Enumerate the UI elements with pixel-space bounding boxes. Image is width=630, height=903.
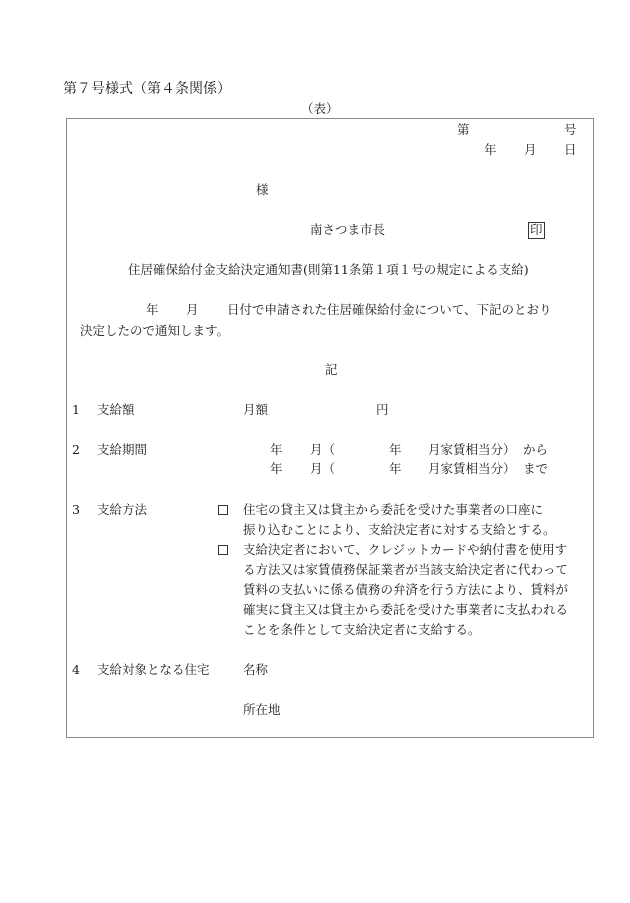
option-2-line-2: る方法又は家賃債務保証業者が当該支給決定者に代わって	[243, 564, 568, 577]
form-number-title: 第７号様式（第４条関係）	[63, 82, 231, 96]
option-1-checkbox[interactable]	[218, 505, 228, 518]
seal-mark: 印	[528, 222, 545, 239]
period-from-year2: 年	[389, 444, 402, 457]
option-2-checkbox[interactable]	[218, 545, 228, 558]
item-4-number: 4	[72, 664, 80, 677]
issuer-name: 南さつま市長	[310, 224, 385, 237]
monthly-amount-label: 月額	[243, 404, 268, 417]
item-3-number: 3	[72, 504, 80, 517]
item-3-label: 支給方法	[97, 504, 147, 517]
body-month-label: 月	[186, 304, 199, 317]
checkbox-icon	[218, 505, 228, 515]
checkbox-icon	[218, 545, 228, 555]
period-to-year2: 年	[389, 463, 402, 476]
item-1-number: 1	[72, 404, 80, 417]
period-to-year: 年	[270, 463, 283, 476]
notice-form-frame	[66, 118, 594, 738]
body-year-label: 年	[146, 304, 159, 317]
option-2-line-1: 支給決定者において、クレジットカードや納付書を使用す	[243, 544, 567, 557]
currency-yen-label: 円	[376, 404, 389, 417]
body-line-2: 決定したので通知します。	[80, 325, 229, 338]
option-1-line-1: 住宅の貸主又は貸主から委託を受けた事業者の口座に	[243, 504, 543, 517]
date-month-label: 月	[524, 144, 537, 157]
addressee-honorific: 様	[256, 184, 269, 197]
item-4-label: 支給対象となる住宅	[97, 664, 210, 677]
date-day-label: 日	[564, 144, 577, 157]
item-2-label: 支給期間	[97, 444, 147, 457]
document-title: 住居確保給付金支給決定通知書(則第11条第１項１号の規定による支給)	[128, 264, 529, 277]
housing-name-label: 名称	[243, 664, 268, 677]
side-label: （表）	[301, 103, 339, 116]
period-from-month: 月（	[310, 444, 335, 457]
period-from-suffix: から	[523, 444, 548, 457]
reference-number-prefix: 第	[457, 124, 470, 137]
item-2-number: 2	[72, 444, 80, 457]
item-1-label: 支給額	[97, 404, 135, 417]
period-to-suffix: まで	[523, 463, 548, 476]
period-to-month: 月（	[310, 463, 335, 476]
period-to-rent: 月家賃相当分）	[428, 463, 516, 476]
date-year-label: 年	[484, 144, 497, 157]
option-2-line-4: 確実に貸主又は貸主から委託を受けた事業者に支払われる	[243, 604, 568, 617]
ki-heading: 記	[325, 364, 338, 377]
period-from-rent: 月家賃相当分）	[428, 444, 516, 457]
option-2-line-5: ことを条件として支給決定者に支給する。	[243, 624, 481, 637]
option-1-line-2: 振り込むことにより、支給決定者に対する支給とする。	[243, 524, 556, 537]
body-line-1: 日付で申請された住居確保給付金について、下記のとおり	[227, 304, 552, 317]
housing-address-label: 所在地	[243, 704, 281, 717]
period-from-year: 年	[270, 444, 283, 457]
reference-number-suffix: 号	[564, 124, 577, 137]
seal-icon: 印	[528, 222, 545, 239]
option-2-line-3: 賃料の支払いに係る債務の弁済を行う方法により、賃料が	[243, 584, 568, 597]
